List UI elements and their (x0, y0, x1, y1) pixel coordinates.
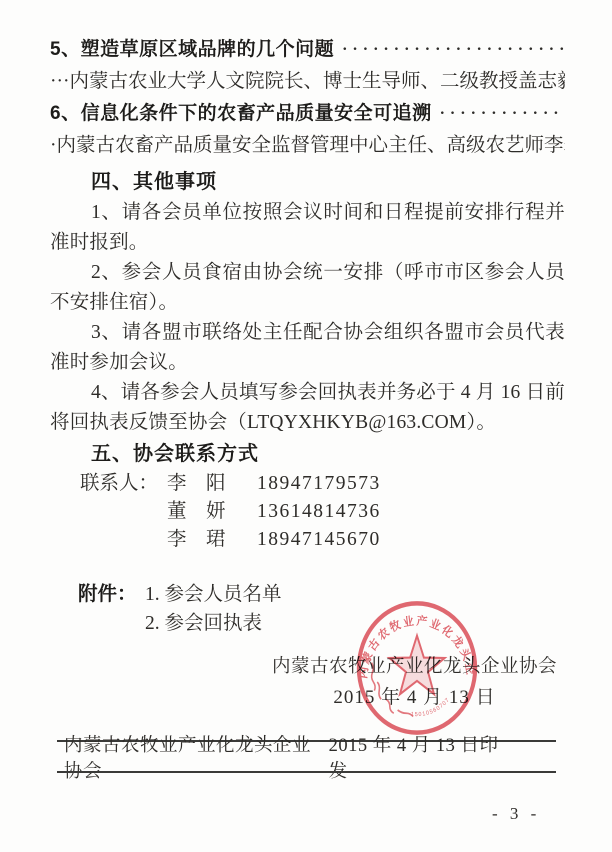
footer-rule-bottom (57, 771, 556, 773)
other-matters-paragraph-1: 1、请各会员单位按照会议时间和日程提前安排行程并准时报到。 (50, 198, 565, 258)
agenda-item-5-speaker: ···内蒙古农业大学人文院院长、博士生导师、二级教授盖志毅 (50, 66, 565, 98)
signature-block: 内蒙古农牧业产业化龙头企业协会 2015 年 4 月 13 日 (272, 652, 557, 714)
attachment-item-1: 1. 参会人员名单 (145, 580, 282, 609)
attachment-row-1: 附件： 1. 参会人员名单 (50, 580, 565, 609)
agenda-item-6: 6、信息化条件下的农畜产品质量安全可追溯 ···················… (50, 98, 565, 130)
contact-label: 联系人： (80, 470, 167, 498)
attachments-block: 附件： 1. 参会人员名单 2. 参会回执表 (50, 580, 565, 638)
signature-org-name: 内蒙古农牧业产业化龙头企业协会 (272, 652, 557, 682)
contact-name-2: 董 妍 (167, 498, 257, 526)
document-page: 5、塑造草原区域品牌的几个问题 ························… (0, 0, 612, 852)
section-heading-other-matters: 四、其他事项 (50, 166, 565, 198)
contact-phone-1: 18947179573 (257, 470, 381, 498)
contact-name-1: 李 阳 (167, 470, 257, 498)
attachment-row-2: 2. 参会回执表 (50, 609, 565, 638)
attachments-label: 附件： (78, 580, 145, 609)
agenda-item-5: 5、塑造草原区域品牌的几个问题 ························… (50, 34, 565, 66)
agenda-item-6-title: 6、信息化条件下的农畜产品质量安全可追溯 (50, 98, 432, 130)
contact-row-3: 李 珺 18947145670 (50, 526, 565, 554)
footer-row: 内蒙古农牧业产业化龙头企业协会 2015 年 4 月 13 日印发 (57, 743, 556, 771)
agenda-item-6-speaker: ·内蒙古农畜产品质量安全监督管理中心主任、高级农艺师李岩 (50, 130, 565, 162)
contact-row-1: 联系人： 李 阳 18947179573 (50, 470, 565, 498)
page-number: - 3 - (492, 804, 540, 824)
footer-print-date: 2015 年 4 月 13 日印发 (329, 731, 504, 783)
other-matters-paragraph-4: 4、请各参会人员填写参会回执表并务必于 4 月 16 日前将回执表反馈至协会（L… (50, 378, 565, 438)
section-heading-contact: 五、协会联系方式 (50, 438, 565, 470)
agenda-item-5-dot-leader: ········································… (334, 34, 565, 66)
signature-date: 2015 年 4 月 13 日 (272, 682, 557, 714)
contact-name-3: 李 珺 (167, 526, 257, 554)
agenda-item-5-title: 5、塑造草原区域品牌的几个问题 (50, 34, 334, 66)
other-matters-paragraph-3: 3、请各盟市联络处主任配合协会组织各盟市会员代表准时参加会议。 (50, 318, 565, 378)
contact-row-2: 董 妍 13614814736 (50, 498, 565, 526)
contact-phone-3: 18947145670 (257, 526, 381, 554)
footer-issuer: 内蒙古农牧业产业化龙头企业协会 (64, 731, 329, 783)
attachment-item-2: 2. 参会回执表 (145, 609, 262, 638)
contact-phone-2: 13614814736 (257, 498, 381, 526)
other-matters-paragraph-2: 2、参会人员食宿由协会统一安排（呼市市区参会人员不安排住宿）。 (50, 258, 565, 318)
agenda-item-6-dot-leader: ········································… (432, 98, 565, 130)
document-body: 5、塑造草原区域品牌的几个问题 ························… (50, 34, 565, 714)
